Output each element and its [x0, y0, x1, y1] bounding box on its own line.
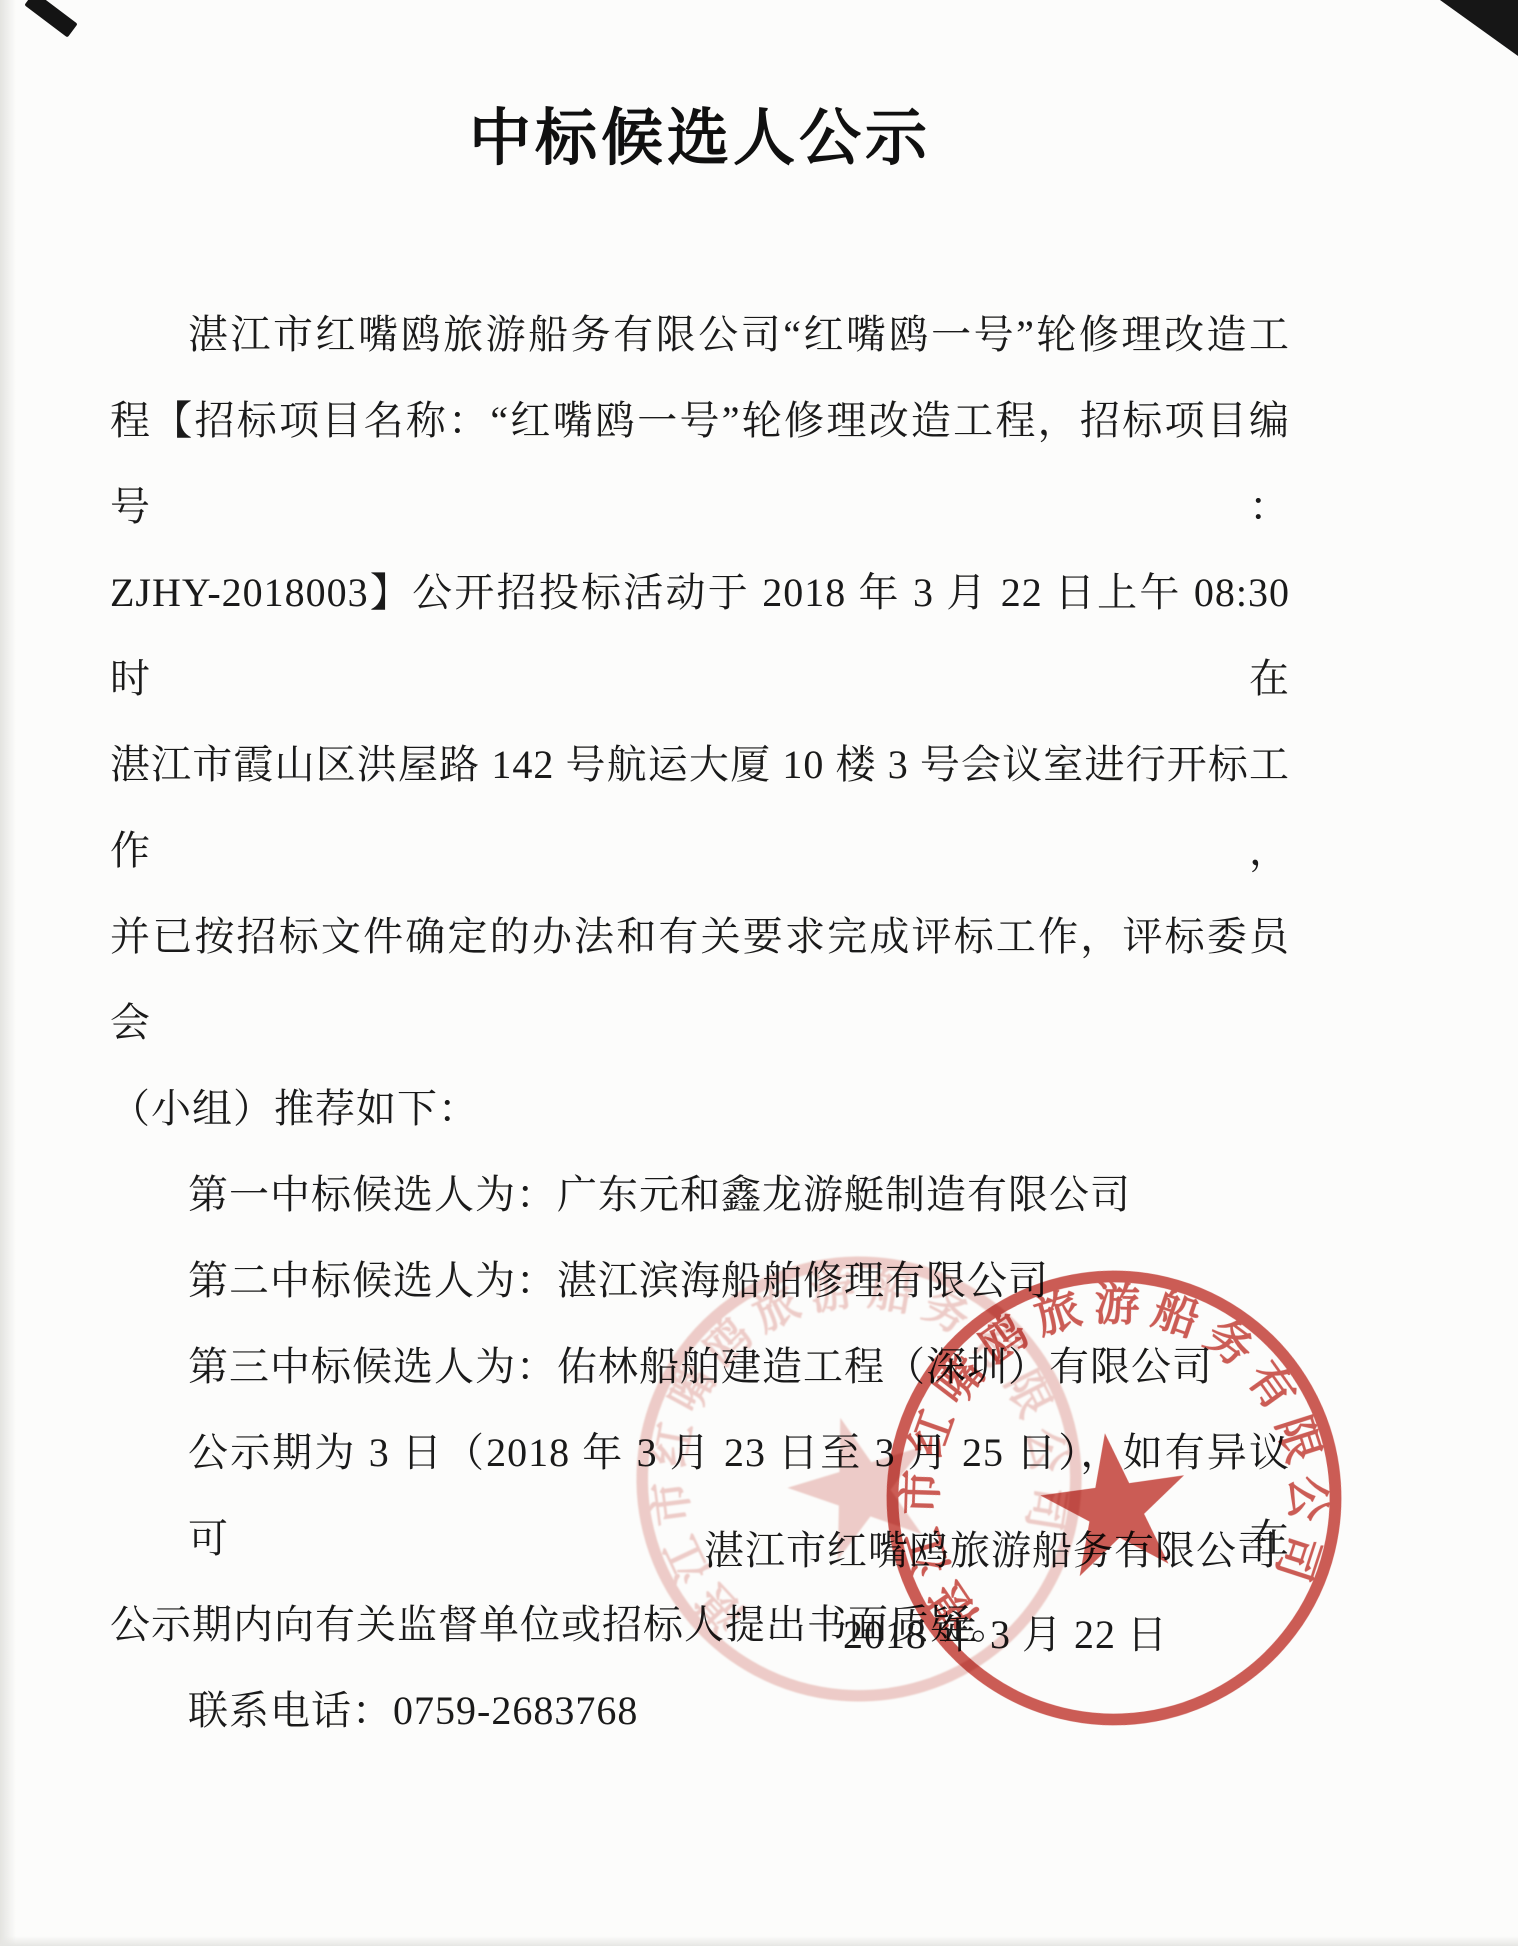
body-line-candidate-1: 第一中标候选人为：广东元和鑫龙游艇制造有限公司 — [110, 1152, 1290, 1238]
body-line: 湛江市霞山区洪屋路 142 号航运大厦 10 楼 3 号会议室进行开标工作， — [110, 722, 1290, 894]
scanned-document-page: 中标候选人公示 湛江市红嘴鸥旅游船务有限公司“红嘴鸥一号”轮修理改造工 程【招标… — [0, 0, 1518, 1946]
body-line: 并已按招标文件确定的办法和有关要求完成评标工作，评标委员会 — [110, 894, 1290, 1066]
scan-artifact-top-left — [24, 0, 77, 38]
body-line-candidate-3: 第三中标候选人为：佑林船舶建造工程（深圳）有限公司 — [110, 1324, 1290, 1410]
body-line-contact-phone: 联系电话：0759-2683768 — [110, 1668, 1290, 1754]
scan-artifact-top-right — [1440, 0, 1518, 56]
document-title: 中标候选人公示 — [110, 88, 1290, 177]
body-line: （小组）推荐如下： — [110, 1066, 1290, 1152]
body-line-candidate-2: 第二中标候选人为：湛江滨海船舶修理有限公司 — [110, 1238, 1290, 1324]
signature-date: 2018 年 3 月 22 日 — [843, 1603, 1168, 1660]
signature-company: 湛江市红嘴鸥旅游船务有限公司 — [704, 1519, 1278, 1576]
body-line: 湛江市红嘴鸥旅游船务有限公司“红嘴鸥一号”轮修理改造工 — [110, 292, 1290, 378]
body-line: ZJHY-2018003】公开招投标活动于 2018 年 3 月 22 日上午 … — [110, 550, 1290, 722]
body-line: 程【招标项目名称：“红嘴鸥一号”轮修理改造工程，招标项目编号： — [110, 378, 1290, 550]
